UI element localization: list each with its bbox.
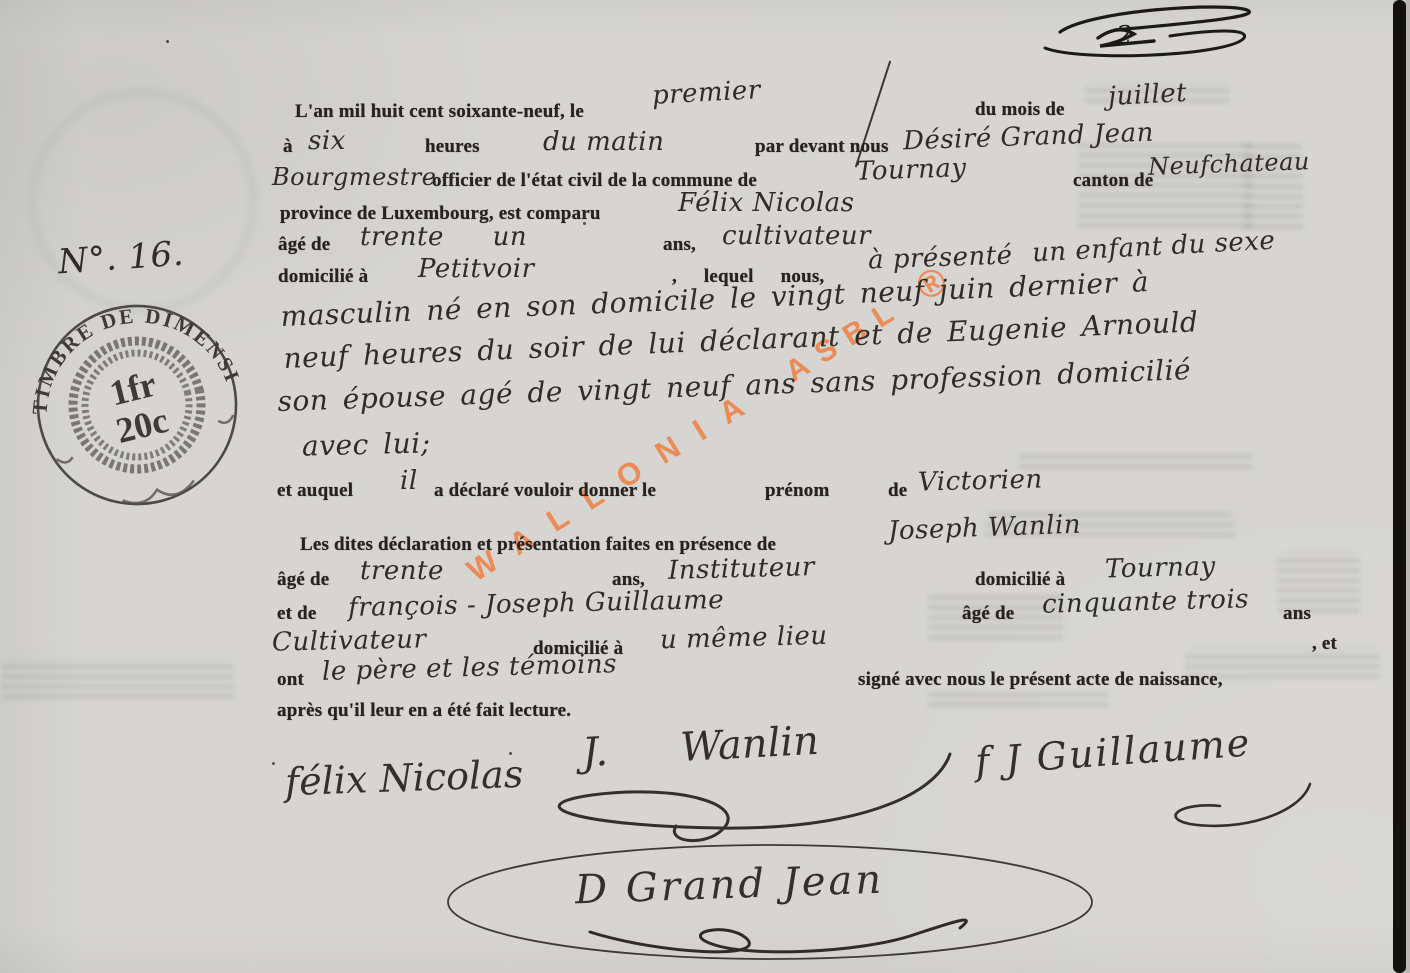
entry-child-firstname: Victorien (918, 464, 1043, 497)
signature-witness2: f J Guillaume (974, 720, 1253, 783)
book-gutter-shadow (1393, 0, 1406, 973)
printed-of: de (888, 480, 907, 502)
printed-comma-et: , et (1312, 633, 1337, 655)
entry-who-signed: le père et les témoins (322, 649, 618, 687)
printed-domiciled-label: domicilié à (278, 266, 368, 288)
entry-canton: Neufchateau (1148, 147, 1311, 181)
revenue-stamp: TIMBRE DE DIMENSION. 1fr 20c (19, 287, 254, 522)
printed-witness-intro: Les dites déclaration et présentation fa… (300, 534, 776, 556)
printed-years-label: ans, (663, 234, 696, 256)
printed-firstname-label: prénom (765, 480, 830, 502)
printed-signed-with-us: signé avec nous le présent acte de naiss… (858, 669, 1223, 691)
printed-and-to-whom: et auquel (277, 480, 353, 502)
entry-with-him: avec lui; (302, 426, 431, 462)
entry-witness2-age: cinquante trois (1042, 584, 1250, 619)
entry-time-of-day: du matin (543, 127, 664, 157)
bleedthrough-smudge (928, 688, 1108, 712)
entry-declarant-domicile: Petitvoir (418, 254, 535, 284)
entry-declarant-profession: cultivateur (722, 221, 871, 251)
entry-declarant-name: Félix Nicolas (678, 188, 855, 218)
entry-presented: à présenté (868, 240, 1014, 275)
printed-and-of: et de (277, 603, 317, 625)
entry-month: juillet (1107, 78, 1188, 112)
printed-hours-label: heures (425, 136, 480, 158)
printed-have: ont (277, 669, 304, 691)
signature-witness2-flourish (1150, 780, 1330, 840)
scanned-birth-record-page: 2 N°. 16. TIMBRE DE DIMENSION. 1fr 20c W… (0, 0, 1410, 973)
entry-witness1-age: trente (360, 556, 444, 586)
printed-canton-label: canton de (1073, 170, 1153, 192)
entry-witness1-domicile: Tournay (1105, 552, 1216, 585)
printed-month-label: du mois de (975, 99, 1065, 121)
entry-witness1-profession: Instituteur (668, 552, 816, 586)
printed-year-line: L'an mil huit cent soixante-neuf, le (295, 101, 584, 123)
entry-commune: Tournay (856, 153, 968, 187)
svg-text:2: 2 (1115, 21, 1133, 51)
printed-at: à (283, 136, 293, 158)
printed-aged-label: âgé de (277, 569, 329, 591)
printed-after-reading: après qu'il leur en a été fait lecture. (277, 700, 571, 722)
bleedthrough-smudge (1018, 452, 1253, 474)
entry-day: premier (651, 75, 761, 111)
printed-before-us: par devant nous (755, 136, 889, 158)
printed-years-label: ans (1283, 603, 1311, 625)
entry-witness2-name: françois - Joseph Guillaume (348, 585, 725, 623)
printed-aged-label: âgé de (962, 603, 1014, 625)
entry-witness2-profession: Cultivateur (272, 624, 427, 657)
entry-officer-title: Bourgmestre (272, 163, 436, 191)
printed-declared-give: a déclaré vouloir donner le (434, 480, 656, 502)
page-number-flourish: 2 (1020, 0, 1300, 70)
paper-speck (166, 40, 169, 43)
printed-domiciled-label: domicilié à (975, 569, 1065, 591)
bleedthrough-smudge (2, 658, 234, 704)
entry-child-sex-start: un enfant du sexe (1031, 226, 1276, 269)
printed-aged-label: âgé de (278, 234, 330, 256)
paper-speck (272, 762, 275, 765)
entry-declarant-age: trente un (360, 222, 527, 252)
entry-witness2-domicile: u même lieu (660, 621, 828, 655)
entry-hour: six (308, 126, 346, 156)
entry-he: il (400, 466, 418, 496)
